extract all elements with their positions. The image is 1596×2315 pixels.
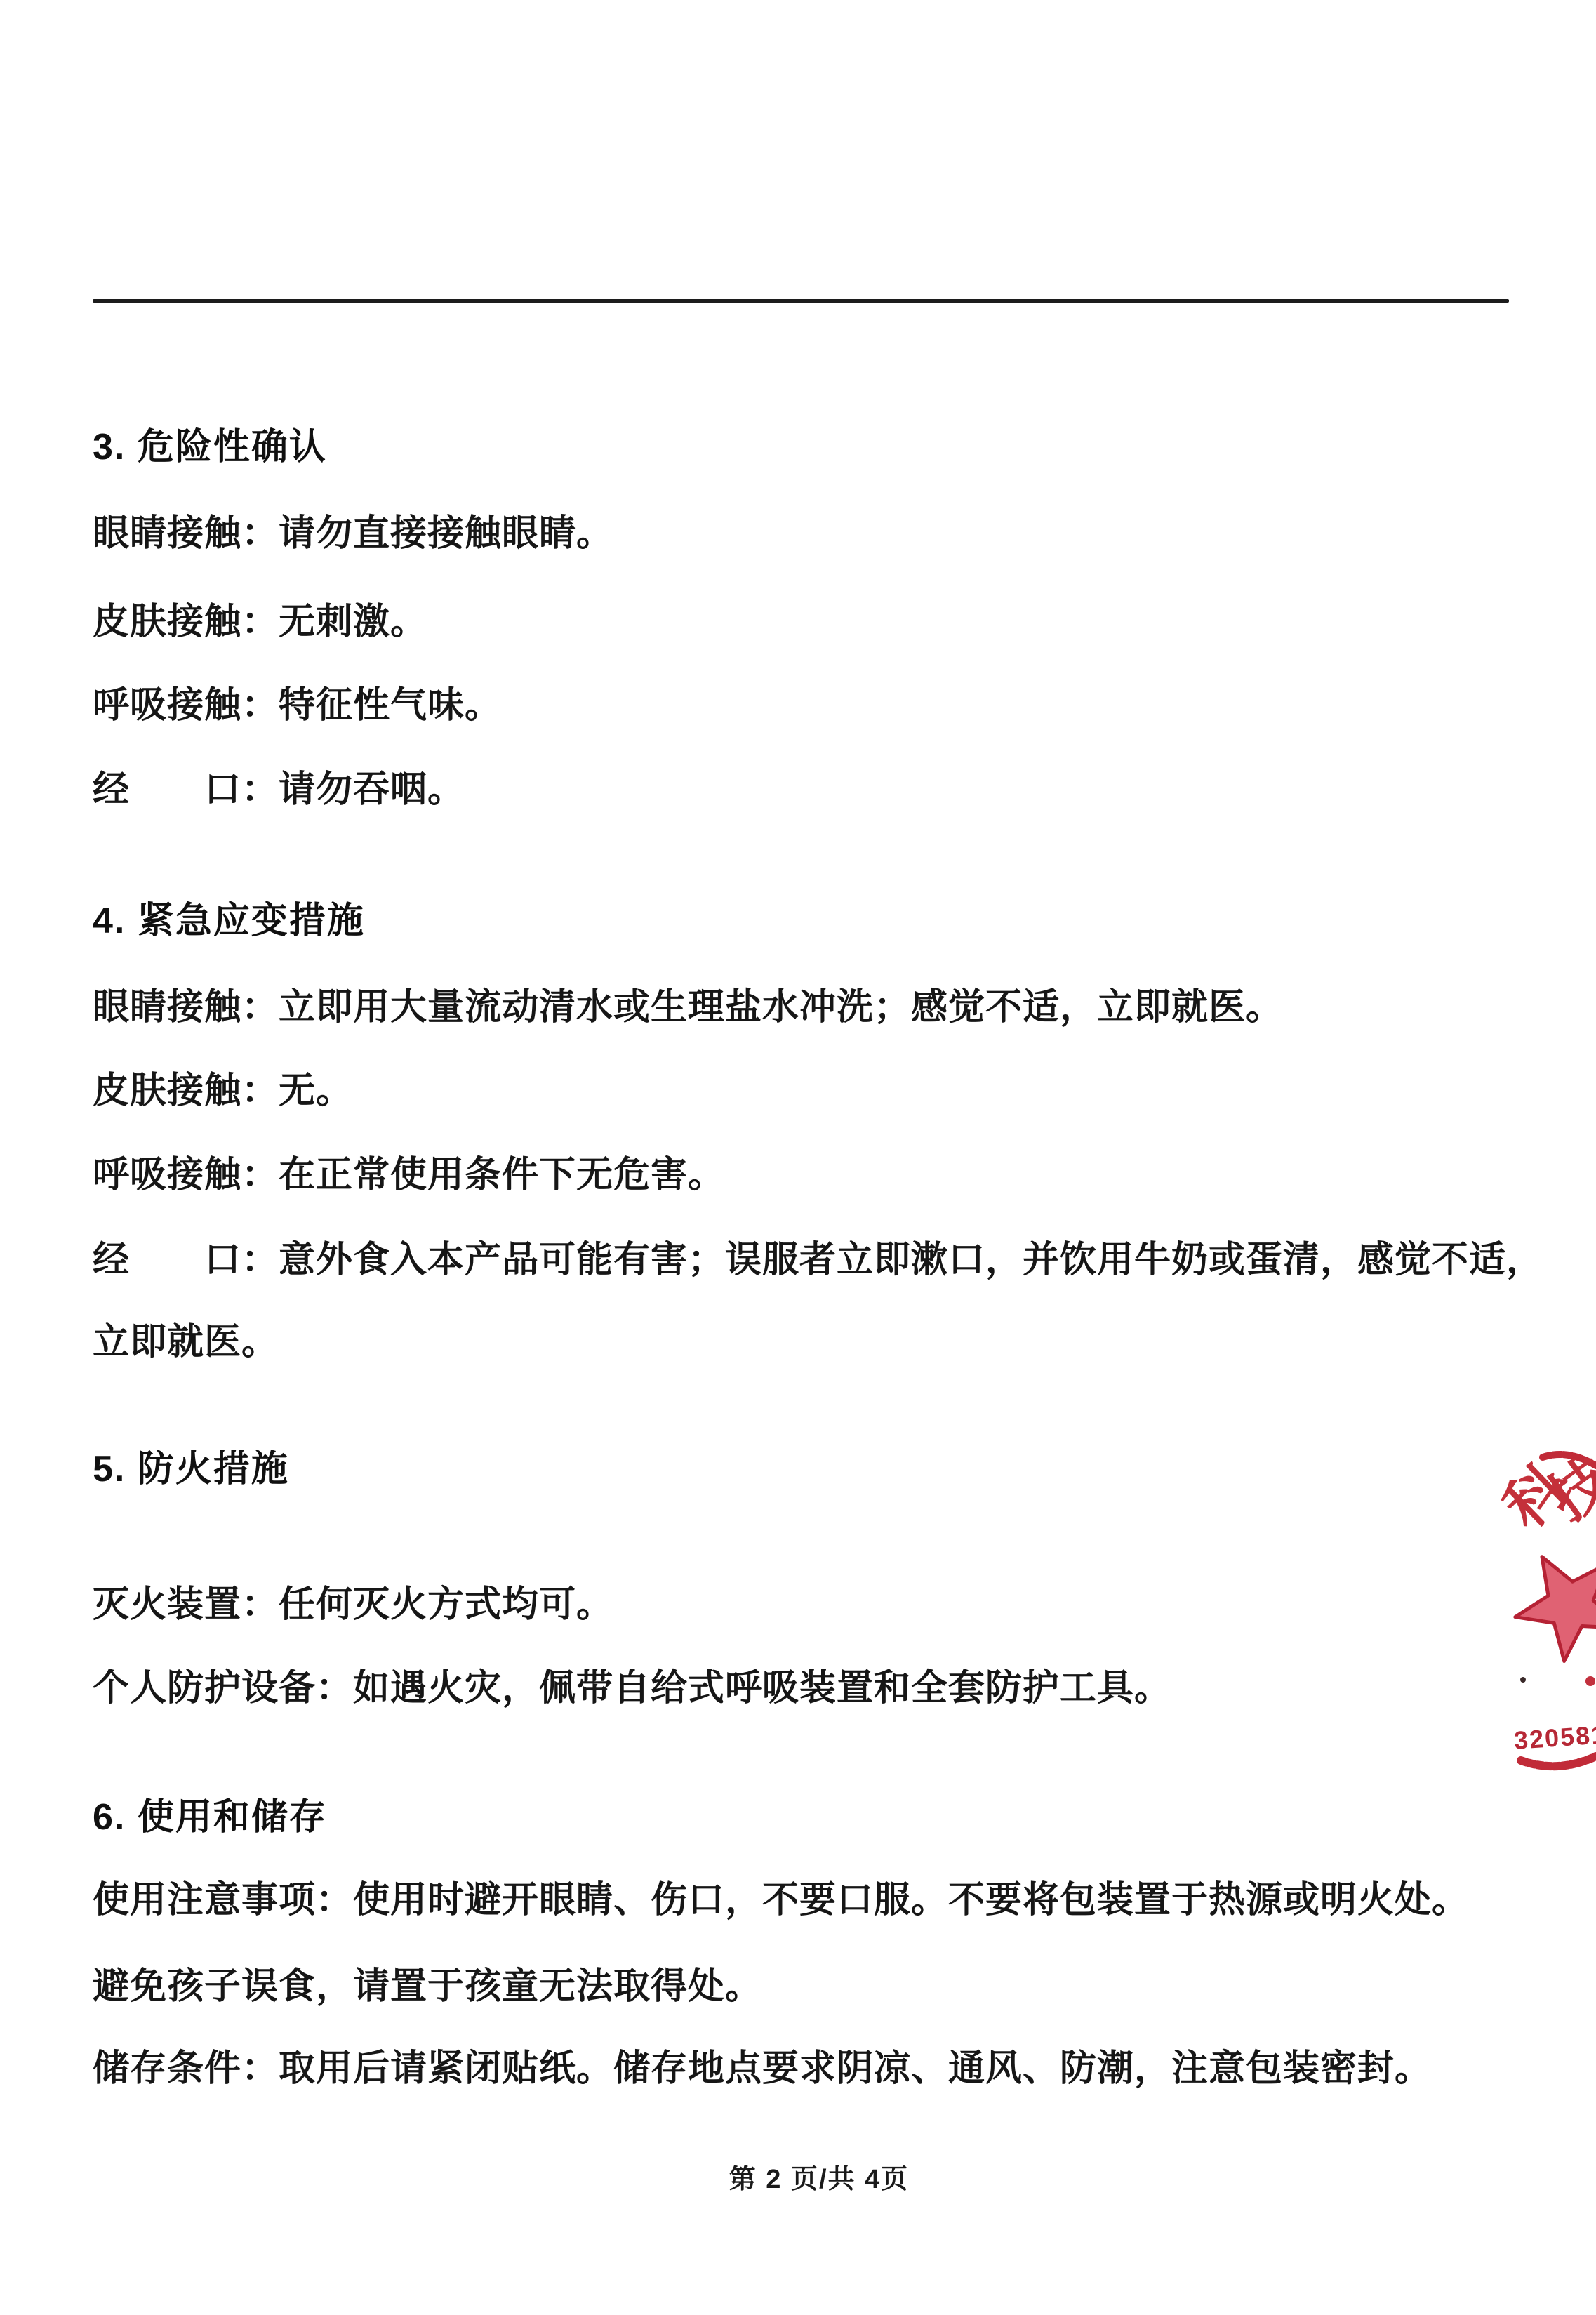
section-5-line-protection: 个人防护设备：如遇火灾，佩带自给式呼吸装置和全套防护工具。 <box>93 1669 1171 1708</box>
company-seal-stamp: 科技 3205816 <box>1439 1432 1596 1783</box>
seal-bottom-arc <box>1521 1756 1596 1766</box>
section-3-line-ingestion: 经 口：请勿吞咽。 <box>93 770 465 809</box>
section-4-line-inhalation: 呼吸接触：在正常使用条件下无危害。 <box>93 1155 725 1195</box>
section-4-line-ingestion: 经 口：意外食入本产品可能有害；误服者立即漱口，并饮用牛奶或蛋清，感觉不适， <box>93 1240 1543 1280</box>
section-6-line-storage-conditions: 储存条件：取用后请紧闭贴纸。储存地点要求阴凉、通风、防潮，注意包装密封。 <box>93 2049 1432 2088</box>
section-4-line-skin-contact: 皮肤接触：无。 <box>93 1071 353 1110</box>
section-5-heading: 5. 防火措施 <box>93 1450 289 1489</box>
section-3-heading: 3. 危险性确认 <box>93 427 327 467</box>
section-3-line-skin-contact: 皮肤接触：无刺激。 <box>93 602 427 642</box>
seal-serial-number: 3205816 <box>1513 1718 1596 1755</box>
section-3-line-inhalation: 呼吸接触：特征性气味。 <box>93 686 502 725</box>
seal-red-speck <box>1585 1676 1595 1686</box>
seal-star-icon <box>1496 1530 1596 1671</box>
seal-dark-speck <box>1520 1677 1526 1683</box>
page-footer: 第 2 页/共 4页 <box>21 2163 1596 2196</box>
section-4-line-ingestion-cont: 立即就医。 <box>93 1322 279 1362</box>
section-6-line-keep-from-children: 避免孩子误食，请置于孩童无法取得处。 <box>93 1967 762 2006</box>
top-rule-divider <box>93 299 1509 303</box>
section-6-line-usage-precautions: 使用注意事项：使用时避开眼睛、伤口，不要口服。不要将包装置于热源或明火处。 <box>93 1880 1469 1920</box>
section-6-heading: 6. 使用和储存 <box>93 1798 327 1837</box>
section-4-heading: 4. 紧急应变措施 <box>93 901 365 941</box>
section-4-line-eye-contact: 眼睛接触：立即用大量流动清水或生理盐水冲洗；感觉不适，立即就医。 <box>93 988 1283 1027</box>
msds-document-page: 3. 危险性确认 眼睛接触：请勿直接接触眼睛。 皮肤接触：无刺激。 呼吸接触：特… <box>0 0 1596 2315</box>
section-5-line-extinguishing: 灭火装置：任何灭火方式均可。 <box>93 1585 613 1624</box>
section-3-line-eye-contact: 眼睛接触：请勿直接接触眼睛。 <box>93 514 613 553</box>
